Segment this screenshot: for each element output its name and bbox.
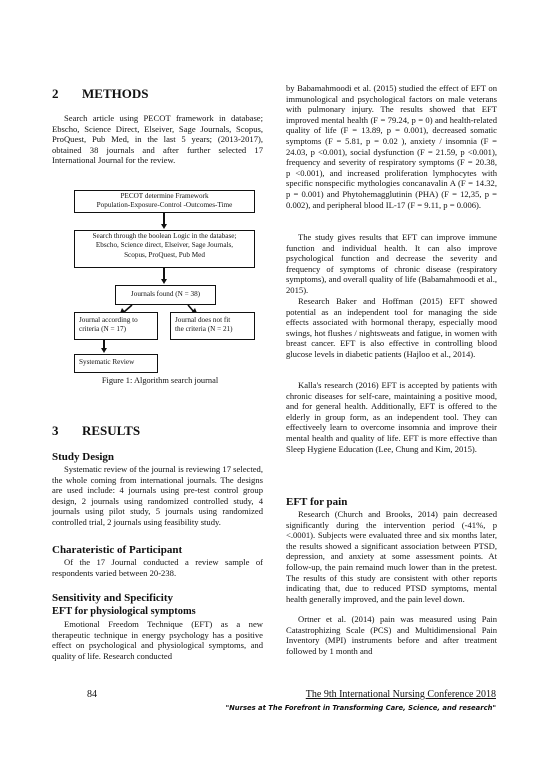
study-design-paragraph: Systematic review of the journal is revi… <box>52 464 263 528</box>
right-paragraph-2: The study gives results that EFT can imp… <box>286 232 497 296</box>
right-paragraph-5: Research (Church and Brooks, 2014) pain … <box>286 509 497 604</box>
physiological-subheading: EFT for physiological symptoms <box>52 606 196 617</box>
figure-caption: Figure 1: Algorithm search journal <box>60 376 260 385</box>
flow-box-pecot: PECOT determine Framework Population-Exp… <box>74 190 255 213</box>
sensitivity-heading: Sensitivity and Specificity <box>52 592 173 604</box>
methods-paragraph: Search article using PECOT framework in … <box>52 113 263 166</box>
conference-slogan: "Nurses at The Forefront in Transforming… <box>180 704 496 712</box>
flow-box-search: Search through the boolean Logic in the … <box>74 230 255 268</box>
arrow-down-icon <box>161 224 167 229</box>
eft-pain-heading: EFT for pain <box>286 496 347 508</box>
study-design-heading: Study Design <box>52 451 114 463</box>
methods-title: METHODS <box>82 86 148 101</box>
results-number: 3 <box>52 423 82 439</box>
right-paragraph-4: Kalla's research (2016) EFT is accepted … <box>286 380 497 454</box>
participant-heading: Charateristic of Participant <box>52 544 182 556</box>
results-title: RESULTS <box>82 423 140 438</box>
arrow-down-icon <box>161 279 167 284</box>
flow-box-systematic-review: Systematic Review <box>74 354 158 373</box>
methods-heading: 2METHODS <box>52 86 148 102</box>
results-heading: 3RESULTS <box>52 423 140 439</box>
flow-box-included: Journal according to criteria (N = 17) <box>74 312 158 340</box>
physiological-paragraph: Emotional Freedom Technique (EFT) as a n… <box>52 619 263 661</box>
conference-title: The 9th International Nursing Conference… <box>288 689 496 700</box>
right-paragraph-3: Research Baker and Hoffman (2015) EFT sh… <box>286 296 497 360</box>
flow-box-journals-found: Journals found (N = 38) <box>115 285 216 305</box>
right-paragraph-6: Ortner et al. (2014) pain was measured u… <box>286 614 497 656</box>
page-number: 84 <box>87 689 97 700</box>
right-paragraph-1: by Babamahmoodi et al. (2015) studied th… <box>286 83 497 210</box>
arrow-down-icon <box>101 348 107 353</box>
flow-box-excluded: Journal does not fit the criteria (N = 2… <box>170 312 255 340</box>
methods-number: 2 <box>52 86 82 102</box>
participant-paragraph: Of the 17 Journal conducted a review sam… <box>52 557 263 578</box>
